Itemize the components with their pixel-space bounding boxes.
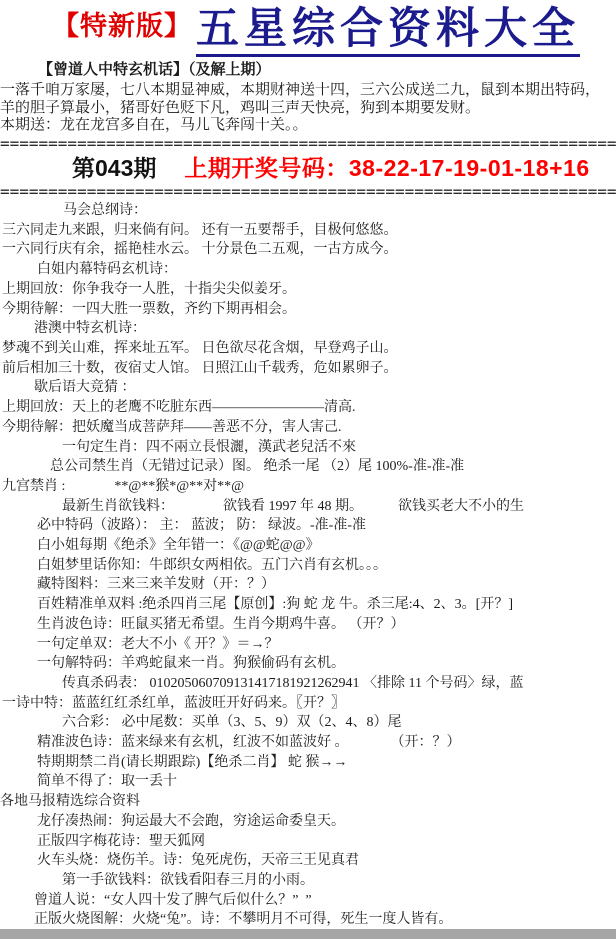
body-line: 最新生肖欲钱料： 欲钱看 1997 年 48 期。 欲钱买老大不小的生 — [0, 497, 616, 517]
body-line: 三六同走九来跟，归来倘有问。 还有一五要帮手，目极何悠悠。 — [0, 221, 616, 241]
body-line: 各地马报精选综合资料 — [0, 792, 616, 812]
body-line: 一句定生肖：四不兩立長恨灑，漢武老兒活不來 — [0, 438, 616, 458]
body-line: 九宫禁肖 : **@**猴*@**对**@ — [0, 477, 616, 497]
page-title: 五星综合资料大全 — [196, 6, 580, 57]
body-line: 特期期禁二肖(请长期跟踪)【绝杀二肖】 蛇 猴→→ — [0, 753, 616, 773]
body-line: 曾道人说：“女人四十发了脾气后似什么？” ” — [0, 891, 616, 911]
body-line: 白姐内幕特码玄机诗： — [0, 260, 616, 280]
body-line: 火车头烧：烧伤羊。诗：兔死虎伤，天帝三王见真君 — [0, 851, 616, 871]
body-line: 梦魂不到关山难，挥来址五军。 日色欲尽花含烟，早登鸡子山。 — [0, 339, 616, 359]
issue-bar: 第043期 上期开奖号码：38-22-17-19-01-18+16 — [0, 150, 616, 183]
last-draw-label: 上期开奖号码： — [184, 155, 349, 181]
body-line: 第一手欲钱料：欲钱看阳春三月的小雨。 — [0, 871, 616, 891]
body-line: 一句解特码：羊鸡蛇鼠来一肖。狗猴偷码有玄机。 — [0, 654, 616, 674]
body-line: 生肖波色诗：旺鼠买猪无希望。生肖今期鸡牛喜。 （开？） — [0, 615, 616, 635]
body-line: 上期回放：天上的老鹰不吃脏东西————————清高. — [0, 398, 616, 418]
edition-tag: 【特新版】 — [52, 11, 192, 41]
intro-verse: 一落千咱万家屡，七八本期显神威，本期财神送十四，三六公成送二九，鼠到本期出特码，… — [0, 82, 616, 135]
body-line: 马会总纲诗： — [0, 201, 616, 221]
body-line: 前后相加三十数，夜宿丈人馆。 日照江山千载秀，危如累卵子。 — [0, 359, 616, 379]
lottery-info-page: 【特新版】 五星综合资料大全 【曾道人中特玄机话】（及解上期） 一落千咱万家屡，… — [0, 0, 616, 939]
body-line: 龙仔凑热闹：狗运最大不会跑，穷途运命委皇天。 — [0, 812, 616, 832]
body-line: 白姐梦里话你知：牛郎织女两相依。五门六肖有玄机。。。 — [0, 556, 616, 576]
last-draw-numbers: 38-22-17-19-01-18+16 — [349, 155, 590, 181]
body-line: 今期待解：把妖魔当成菩萨拜——善恶不分，害人害己. — [0, 418, 616, 438]
issue-number: 第043期 — [72, 150, 156, 183]
body-line: 精准波色诗：蓝来绿来有玄机，红波不如蓝波好 。 （开：？） — [0, 733, 616, 753]
body-line: 白小姐每期《绝杀》全年错一：《@@蛇@@》 — [0, 536, 616, 556]
body-line: 港澳中特玄机诗： — [0, 319, 616, 339]
intro-line: 一落千咱万家屡，七八本期显神威，本期财神送十四，三六公成送二九，鼠到本期出特码， — [0, 82, 616, 100]
body-line: 歇后语大竞猜 ： — [0, 378, 616, 398]
body-line: 简单不得了：取一丢十 — [0, 772, 616, 792]
body-line: 总公司禁生肖（无错过记录）图。 绝杀一尾 （2）尾 100%-准-准-准 — [0, 457, 616, 477]
divider-bottom: ========================================… — [0, 185, 616, 198]
body-line: 一诗中特：蓝蓝红红杀红单，蓝波旺开好码来。〖开？〗 — [0, 694, 616, 714]
subtitle: 【曾道人中特玄机话】（及解上期） — [0, 58, 616, 79]
footer-bar — [0, 929, 616, 939]
intro-line: 本期送：龙在龙宫多自在，马儿飞奔闯十关。。 — [0, 117, 616, 135]
body-line: 百姓精准单双料 :绝杀四肖三尾【原创】:狗 蛇 龙 牛。杀三尾:4、2、3。[开… — [0, 595, 616, 615]
body-line: 六合彩： 必中尾数：买单（3、5、9）双（2、4、8）尾 — [0, 713, 616, 733]
body-line: 传真杀码表： 010205060709131417181921262941 〈排… — [0, 674, 616, 694]
page-header: 【特新版】 五星综合资料大全 — [0, 0, 616, 57]
body-line: 正版四字梅花诗：聖天狐网 — [0, 832, 616, 852]
last-draw-result: 上期开奖号码：38-22-17-19-01-18+16 — [184, 150, 589, 183]
body-line: 上期回放：你争我夺一人胜，十指尖尖似姜牙。 — [0, 280, 616, 300]
body-line: 一句定单双：老大不小《 开？》＝→？ — [0, 635, 616, 655]
body-line: 必中特码（波路）： 主： 蓝波； 防： 绿波。-准-准-准 — [0, 516, 616, 536]
content-lines: 马会总纲诗：三六同走九来跟，归来倘有问。 还有一五要帮手，目极何悠悠。一六同行庆… — [0, 198, 616, 930]
body-line: 一六同行庆有余，摇艳桂水云。 十分景色二五观，一古方成今。 — [0, 240, 616, 260]
body-line: 正版火烧图解：火烧“兔”。诗：不攀明月不可得，死生一度人皆有。 — [0, 910, 616, 930]
divider-top: ========================================… — [0, 137, 616, 150]
body-line: 今期待解：一四大胜一票数，齐约下期再相会。 — [0, 300, 616, 320]
body-line: 藏特图料：三来三来羊发财（开：？） — [0, 575, 616, 595]
intro-line: 羊的胆子算最小，猪哥好色贬下凡，鸡叫三声天快亮，狗到本期要发财。 — [0, 100, 616, 118]
